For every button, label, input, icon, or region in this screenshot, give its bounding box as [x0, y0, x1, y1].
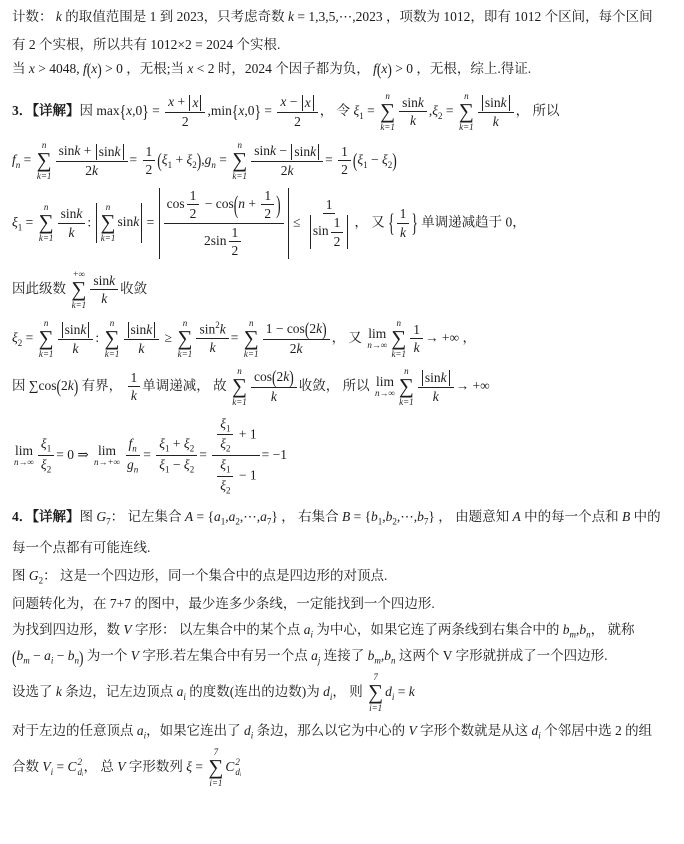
subscript: 2	[226, 444, 231, 454]
sigma-symbol: ∑	[391, 329, 406, 349]
text-span: > 0 ，无根;当	[102, 61, 188, 76]
sigma-symbol: ∑	[105, 329, 120, 349]
math-variable: b	[371, 509, 378, 524]
sum-lower-limit: k=1	[459, 122, 474, 132]
text-span: 1	[400, 206, 407, 221]
text-span: =	[325, 152, 336, 167]
numerator: 1	[410, 322, 423, 340]
denominator: 2	[261, 205, 274, 222]
denominator: 2	[143, 161, 156, 178]
text-span: ， 则	[332, 684, 366, 699]
text-span: 中的每一个点和	[521, 509, 622, 524]
stretch-bracket: )	[392, 148, 397, 174]
text-span: 为中心，如果它连了两条线到右集合中的	[313, 622, 563, 637]
text-span: ≥	[161, 330, 175, 345]
text-span: 2	[341, 162, 348, 177]
math-variable: k	[131, 388, 137, 403]
denominator: k	[66, 224, 78, 241]
text-span: ，如果它连出了	[146, 723, 244, 738]
stretch-bracket: )	[97, 59, 102, 81]
text-span: = −1	[262, 446, 287, 461]
line-v-shape-def: 为找到四边形，数 V 字形： 以左集合中的某个点 ai 为中心，如果它连了两条线…	[12, 621, 676, 640]
text-span: sin	[425, 370, 441, 385]
fraction: sink + sink2k	[56, 143, 128, 178]
line-q4-cont: 每一个点都有可能连线.	[12, 539, 676, 557]
lim-lower-limit: n→∞	[375, 388, 395, 398]
fraction: sink − sink2k	[251, 143, 323, 178]
denominator: 2	[187, 205, 200, 222]
text-span: 当	[12, 61, 29, 76]
line-series-converge: 因此级数 +∞∑k=1sinkk收敛	[12, 270, 676, 310]
numerator: sink	[399, 95, 427, 113]
text-span: 2	[281, 163, 288, 178]
math-variable: k	[220, 322, 226, 337]
text-span: } ， 由题意知	[428, 509, 512, 524]
math-variable: a	[44, 648, 51, 663]
denominator: 2	[331, 233, 344, 250]
stack-subscript: dᵢ	[235, 768, 241, 777]
sup-sub-stack: 2dᵢ	[235, 758, 241, 777]
denominator: k	[98, 290, 110, 307]
numerator: cos12 − cos(n + 12)	[164, 188, 284, 224]
text-span: 合数	[12, 759, 42, 774]
numerator: sink	[418, 369, 454, 388]
text-span: 连接了	[320, 648, 367, 663]
line-no-roots: 当 x > 4048, f(x) > 0 ，无根;当 x < 2 时，2024 …	[12, 60, 676, 79]
text-span: +	[172, 152, 186, 167]
math-variable: k	[409, 684, 415, 699]
text-span: 1	[131, 370, 138, 385]
text-span: =	[143, 446, 154, 461]
text-span: < 2 时，2024 个因子都为负，	[193, 61, 373, 76]
absolute-value-bars: x	[302, 95, 314, 111]
text-span: 这两个 V 字形就拼成了一个四边形.	[396, 648, 608, 663]
document-page: 计数： k 的取值范围是 1 到 2023，只考虑奇数 k = 1,3,5,⋯,…	[0, 0, 684, 788]
text-span: sin	[402, 95, 418, 110]
text-span: 2	[290, 341, 297, 356]
sum-operator: 7∑i=1	[208, 748, 223, 788]
stretch-bracket: {	[120, 100, 126, 123]
fraction: 1 − cos(2k)2k	[263, 321, 330, 356]
fraction: sinkk	[58, 321, 94, 356]
text-span: =	[53, 759, 67, 774]
stretch-bracket: )	[289, 367, 294, 389]
text-span: ,0	[132, 103, 142, 118]
text-span: +	[170, 436, 184, 451]
denominator: ξ1 − ξ2	[156, 456, 197, 475]
absolute-value-bars: sink	[422, 370, 450, 386]
text-span: + 1	[235, 426, 256, 441]
sum-lower-limit: k=1	[244, 349, 259, 359]
text-span: ， 所以	[516, 103, 560, 118]
limit-operator: limn→∞	[375, 375, 395, 399]
subscript: 1	[226, 423, 231, 433]
math-variable: a	[311, 648, 318, 663]
text-span: =	[22, 214, 36, 229]
fraction: sinkk	[399, 95, 427, 129]
text-span: 条边，记左边顶点	[62, 684, 177, 699]
sum-operator: n∑k=1	[37, 141, 52, 181]
denominator: k	[430, 388, 442, 405]
text-span: −	[368, 152, 382, 167]
numerator: 1	[143, 144, 156, 162]
math-variable: G	[29, 568, 39, 583]
text-span: =	[216, 152, 230, 167]
text-span: 2	[146, 162, 153, 177]
numerator: 1	[331, 215, 344, 233]
stretch-bracket: }	[411, 206, 417, 239]
fraction: 12	[338, 144, 351, 178]
limit-operator: limn→+∞	[94, 444, 120, 468]
text-span: =	[143, 214, 157, 229]
fraction: 12	[261, 188, 274, 222]
text-span: 因此级数	[12, 281, 69, 296]
denominator: 2k	[287, 340, 306, 357]
math-variable: k	[501, 95, 507, 110]
lim-lower-limit: n→∞	[14, 457, 34, 467]
text-span: 收敛	[120, 281, 147, 296]
text-span: =	[364, 103, 378, 118]
fraction: 1sin12	[306, 197, 353, 250]
stretch-bracket: )	[79, 645, 84, 669]
subscript: n	[134, 465, 139, 475]
text-span: 收敛， 所以	[299, 378, 373, 393]
denominator: ξ2	[217, 477, 233, 496]
math-variable: B	[342, 509, 350, 524]
text-span: 因 max	[80, 103, 120, 118]
text-span: +	[174, 94, 188, 109]
text-span: 因 ∑cos	[12, 378, 57, 393]
denominator: sin12	[306, 214, 353, 249]
text-span: > 0 ，无根，综上.得证.	[392, 61, 531, 76]
text-span: +	[245, 196, 259, 211]
text-span: sin	[485, 95, 501, 110]
math-variable: C	[225, 759, 234, 774]
math-variable: k	[73, 341, 79, 356]
sum-lower-limit: i=1	[209, 778, 222, 788]
text-span: 1	[326, 197, 333, 212]
fraction: x − x2	[277, 94, 317, 129]
numerator: sink	[90, 273, 118, 291]
line-degree-def: 设选了 k 条边，记左边顶点 ai 的度数(连出的边数)为 di， 则 7∑i=…	[12, 673, 676, 713]
math-variable: k	[493, 114, 499, 129]
text-span: sin	[99, 144, 115, 159]
text-span: =	[20, 152, 34, 167]
text-span: 2	[334, 234, 341, 249]
lim-symbol: lim	[15, 444, 33, 458]
text-span: 问题转化为，在 7+7 的图中，最少连多少条线，一定能找到一个四边形.	[12, 596, 435, 611]
text-span: 1	[146, 144, 153, 159]
text-span: 2	[294, 114, 301, 129]
text-span: sin	[294, 144, 310, 159]
numerator: fn	[126, 436, 140, 456]
subscript: 2	[226, 485, 231, 495]
sum-lower-limit: k=1	[399, 397, 414, 407]
text-span: ,⋯,	[240, 509, 260, 524]
sum-operator: n∑k=1	[380, 92, 395, 132]
numerator: sink + sink	[56, 143, 128, 162]
text-span: =	[22, 330, 36, 345]
math-variable: k	[288, 163, 294, 178]
sum-lower-limit: k=1	[380, 122, 395, 132]
sum-operator: +∞∑k=1	[71, 270, 86, 310]
text-span: −	[30, 648, 44, 663]
line-v-shape-quad: (bm − ai − bn) 为一个 V 字形.若左集合中有另一个点 aj 连接…	[12, 647, 676, 666]
absolute-value-bars: sink	[291, 144, 319, 160]
numerator: sin2k	[196, 321, 228, 339]
numerator: x + x	[165, 94, 205, 113]
math-variable: k	[297, 341, 303, 356]
sigma-symbol: ∑	[101, 213, 116, 233]
math-variable: k	[418, 95, 424, 110]
text-span: ， 又	[354, 214, 388, 229]
math-variable: C	[68, 759, 77, 774]
text-span: ， 又	[332, 330, 366, 345]
fraction: ξ1ξ2	[38, 436, 54, 474]
math-variable: A	[185, 509, 193, 524]
fraction: sinkk	[90, 273, 118, 307]
sigma-symbol: ∑	[37, 151, 52, 171]
fraction: sinkk	[418, 369, 454, 404]
line-problem-transform: 问题转化为，在 7+7 的图中，最少连多少条线，一定能找到一个四边形.	[12, 595, 676, 613]
text-span: − 1	[235, 467, 256, 482]
stretch-bracket: (	[57, 374, 62, 399]
math-variable: a	[260, 509, 267, 524]
numerator: 1	[261, 188, 274, 206]
text-span: ,min	[207, 103, 231, 118]
text-span: ， 总	[83, 759, 117, 774]
text-span: =	[130, 152, 141, 167]
sigma-symbol: ∑	[459, 102, 474, 122]
line-limit-ratio: limn→∞ξ1ξ2= 0 ⇒ limn→+∞fngn= ξ1 + ξ2ξ1 −…	[12, 416, 676, 496]
text-span: =	[261, 103, 275, 118]
text-span: −	[276, 143, 290, 158]
numerator: sink	[58, 321, 94, 340]
subscript: 2	[47, 465, 52, 475]
sum-lower-limit: k=1	[232, 171, 247, 181]
text-span: } ， 右集合	[271, 509, 342, 524]
text-span: sin	[65, 322, 81, 337]
sum-lower-limit: k=1	[391, 349, 406, 359]
denominator: 2	[179, 113, 192, 130]
text-span: 的取值范围是 1 到 2023，只考虑奇数	[62, 9, 288, 24]
text-span: sin	[199, 322, 215, 337]
denominator: k	[397, 224, 409, 241]
numerator: 1	[229, 225, 242, 243]
sigma-symbol: ∑	[244, 329, 259, 349]
numerator: sink	[58, 206, 86, 224]
fraction: 1k	[410, 322, 423, 356]
numerator: 1	[338, 144, 351, 162]
stretch-bracket: {	[388, 206, 394, 239]
math-variable: b	[563, 622, 570, 637]
text-span: 1 − cos	[266, 321, 305, 336]
text-span: 每一个点都有可能连线.	[12, 540, 150, 555]
denominator: k	[490, 113, 502, 130]
text-span: =	[149, 103, 163, 118]
numerator: sink − sink	[251, 143, 323, 162]
line-q4-intro: 4．【详解】图 G7： 记左集合 A = {a1,a2,⋯,a7} ， 右集合 …	[12, 508, 676, 527]
text-span: −	[286, 94, 300, 109]
text-span: 为找到四边形，数	[12, 622, 123, 637]
subscript: 1	[226, 465, 231, 475]
sum-operator: n∑k=1	[101, 203, 116, 243]
denominator: 2sin12	[201, 224, 246, 259]
text-span: 2	[232, 243, 239, 258]
numerator: x − x	[277, 94, 317, 113]
text-span: 对于左边的任意顶点	[12, 723, 137, 738]
absolute-value-bars: n∑k=1sink	[96, 203, 143, 243]
lim-lower-limit: n→+∞	[94, 457, 120, 467]
lim-lower-limit: n→∞	[367, 340, 387, 350]
sigma-symbol: ∑	[368, 683, 383, 703]
numerator: ξ1ξ2 + 1	[212, 416, 259, 456]
math-variable: k	[69, 225, 75, 240]
numerator: 1	[323, 197, 336, 215]
numerator: sink	[124, 321, 160, 340]
sum-operator: n∑k=1	[244, 319, 259, 359]
text-span: sin	[131, 322, 147, 337]
math-variable: a	[304, 622, 311, 637]
numerator: ξ1	[217, 457, 233, 477]
sum-lower-limit: k=1	[178, 349, 193, 359]
fraction: ξ1ξ2	[217, 416, 233, 454]
denominator: 2	[229, 242, 242, 259]
math-variable: k	[441, 370, 447, 385]
sigma-symbol: ∑	[232, 151, 247, 171]
line-g2-desc: 图 G2： 这是一个四边形，同一个集合中的点是四边形的对顶点.	[12, 567, 676, 586]
text-span: +	[80, 143, 94, 158]
sum-lower-limit: k=1	[105, 349, 120, 359]
denominator: ξ2	[217, 435, 233, 454]
stretch-bracket: )	[276, 190, 281, 219]
text-span: cos	[254, 369, 272, 384]
text-span: → +∞	[456, 378, 490, 393]
numerator: 1	[128, 370, 141, 388]
text-span: 为一个	[84, 648, 131, 663]
fraction: ξ1ξ2 + 1ξ1ξ2 − 1	[212, 416, 259, 496]
stretch-bracket: (	[234, 190, 239, 219]
text-span: 2	[190, 206, 197, 221]
stretch-bracket: (	[272, 367, 277, 389]
math-variable: k	[101, 291, 107, 306]
absolute-value-bars: sink	[128, 322, 156, 338]
absolute-value-bars: cos12 − cos(n + 12)2sin12	[159, 188, 289, 259]
sum-lower-limit: k=1	[101, 233, 116, 243]
fraction: cos(2k)k	[251, 369, 297, 404]
numerator: sink	[478, 94, 514, 113]
text-span: :	[87, 214, 94, 229]
text-span: = {	[350, 509, 371, 524]
text-span: sin	[59, 143, 75, 158]
line-xi1-bound: ξ1 = n∑k=1sinkk: n∑k=1sink = cos12 − cos…	[12, 188, 676, 259]
fraction: x + x2	[165, 94, 205, 129]
text-span: 单调递减， 故	[142, 378, 230, 393]
text-span: 设选了	[12, 684, 56, 699]
text-span: 1	[334, 215, 341, 230]
sigma-symbol: ∑	[232, 377, 247, 397]
absolute-value-bars: sink	[482, 95, 510, 111]
math-variable: d	[385, 684, 392, 699]
stretch-bracket: (	[353, 148, 358, 174]
math-variable: a	[214, 509, 221, 524]
text-span: 2	[264, 206, 271, 221]
fraction: cos12 − cos(n + 12)2sin12	[164, 188, 284, 259]
text-span: sin	[118, 214, 134, 229]
sum-lower-limit: k=1	[39, 349, 54, 359]
line-calc-count: 计数： k 的取值范围是 1 到 2023，只考虑奇数 k = 1,3,5,⋯,…	[12, 8, 676, 26]
math-variable: k	[80, 322, 86, 337]
denominator: 2k	[82, 162, 101, 179]
text-span: ， 令	[320, 103, 354, 118]
fraction: ξ1 + ξ2ξ1 − ξ2	[156, 436, 197, 474]
sum-lower-limit: k=1	[232, 397, 247, 407]
text-span: ≤	[290, 214, 304, 229]
line-real-roots: 有 2 个实根，所以共有 1012×2 = 2024 个实根.	[12, 36, 676, 54]
math-variable: k	[400, 225, 406, 240]
math-variable: a	[137, 723, 144, 738]
math-variable: k	[414, 340, 420, 355]
text-span: 图	[80, 509, 97, 524]
fraction: sinkk	[58, 206, 86, 240]
math-variable: G	[96, 509, 106, 524]
fraction: 12	[331, 215, 344, 249]
stretch-bracket: (	[377, 59, 382, 81]
text-span: cos	[167, 196, 185, 211]
absolute-value-bars: sink	[96, 144, 124, 160]
math-variable: x	[305, 95, 311, 110]
numerator: 1 − cos(2k)	[263, 321, 330, 340]
math-variable: k	[310, 144, 316, 159]
text-span: ： 记左集合	[111, 509, 185, 524]
math-variable: k	[146, 322, 152, 337]
math-variable: V	[123, 622, 131, 637]
sum-operator: n∑k=1	[232, 367, 247, 407]
subscript: n	[132, 444, 137, 454]
math-variable: V	[409, 723, 417, 738]
math-variable: d	[244, 723, 251, 738]
line-xi2-bound: ξ2 = n∑k=1sinkk: n∑k=1sinkk ≥ n∑k=1sin2k…	[12, 319, 676, 359]
sum-operator: n∑k=1	[105, 319, 120, 359]
bold-label: 4．【详解】	[12, 509, 80, 524]
line-fn-gn: fn = n∑k=1sink + sink2k= 12(ξ1 + ξ2),gn …	[12, 141, 676, 181]
denominator: k	[268, 388, 280, 405]
sigma-symbol: ∑	[208, 758, 223, 778]
text-span: 1	[413, 322, 420, 337]
text-span: 字形数列	[125, 759, 186, 774]
text-span: = 0 ⇒	[56, 446, 92, 461]
stretch-bracket: (	[305, 319, 310, 341]
sum-operator: n∑k=1	[39, 319, 54, 359]
text-span: > 4048,	[35, 61, 83, 76]
sum-lower-limit: i=1	[369, 703, 382, 713]
text-span: 单调递减趋于 0，	[418, 214, 526, 229]
subscript: 2	[190, 465, 195, 475]
text-span: 字形个数就是从这	[417, 723, 532, 738]
denominator: gn	[124, 456, 141, 475]
denominator: 2k	[278, 162, 297, 179]
math-variable: k	[133, 214, 139, 229]
text-span: 1	[232, 225, 239, 240]
bold-label: 3．【详解】	[12, 103, 80, 118]
stretch-bracket: )	[74, 374, 79, 399]
math-variable: k	[433, 389, 439, 404]
absolute-value-bars: sin12	[310, 215, 349, 249]
sum-operator: n∑k=1	[177, 319, 192, 359]
math-variable: k	[115, 144, 121, 159]
stretch-bracket: }	[254, 100, 260, 123]
subscript: 2	[190, 444, 195, 454]
